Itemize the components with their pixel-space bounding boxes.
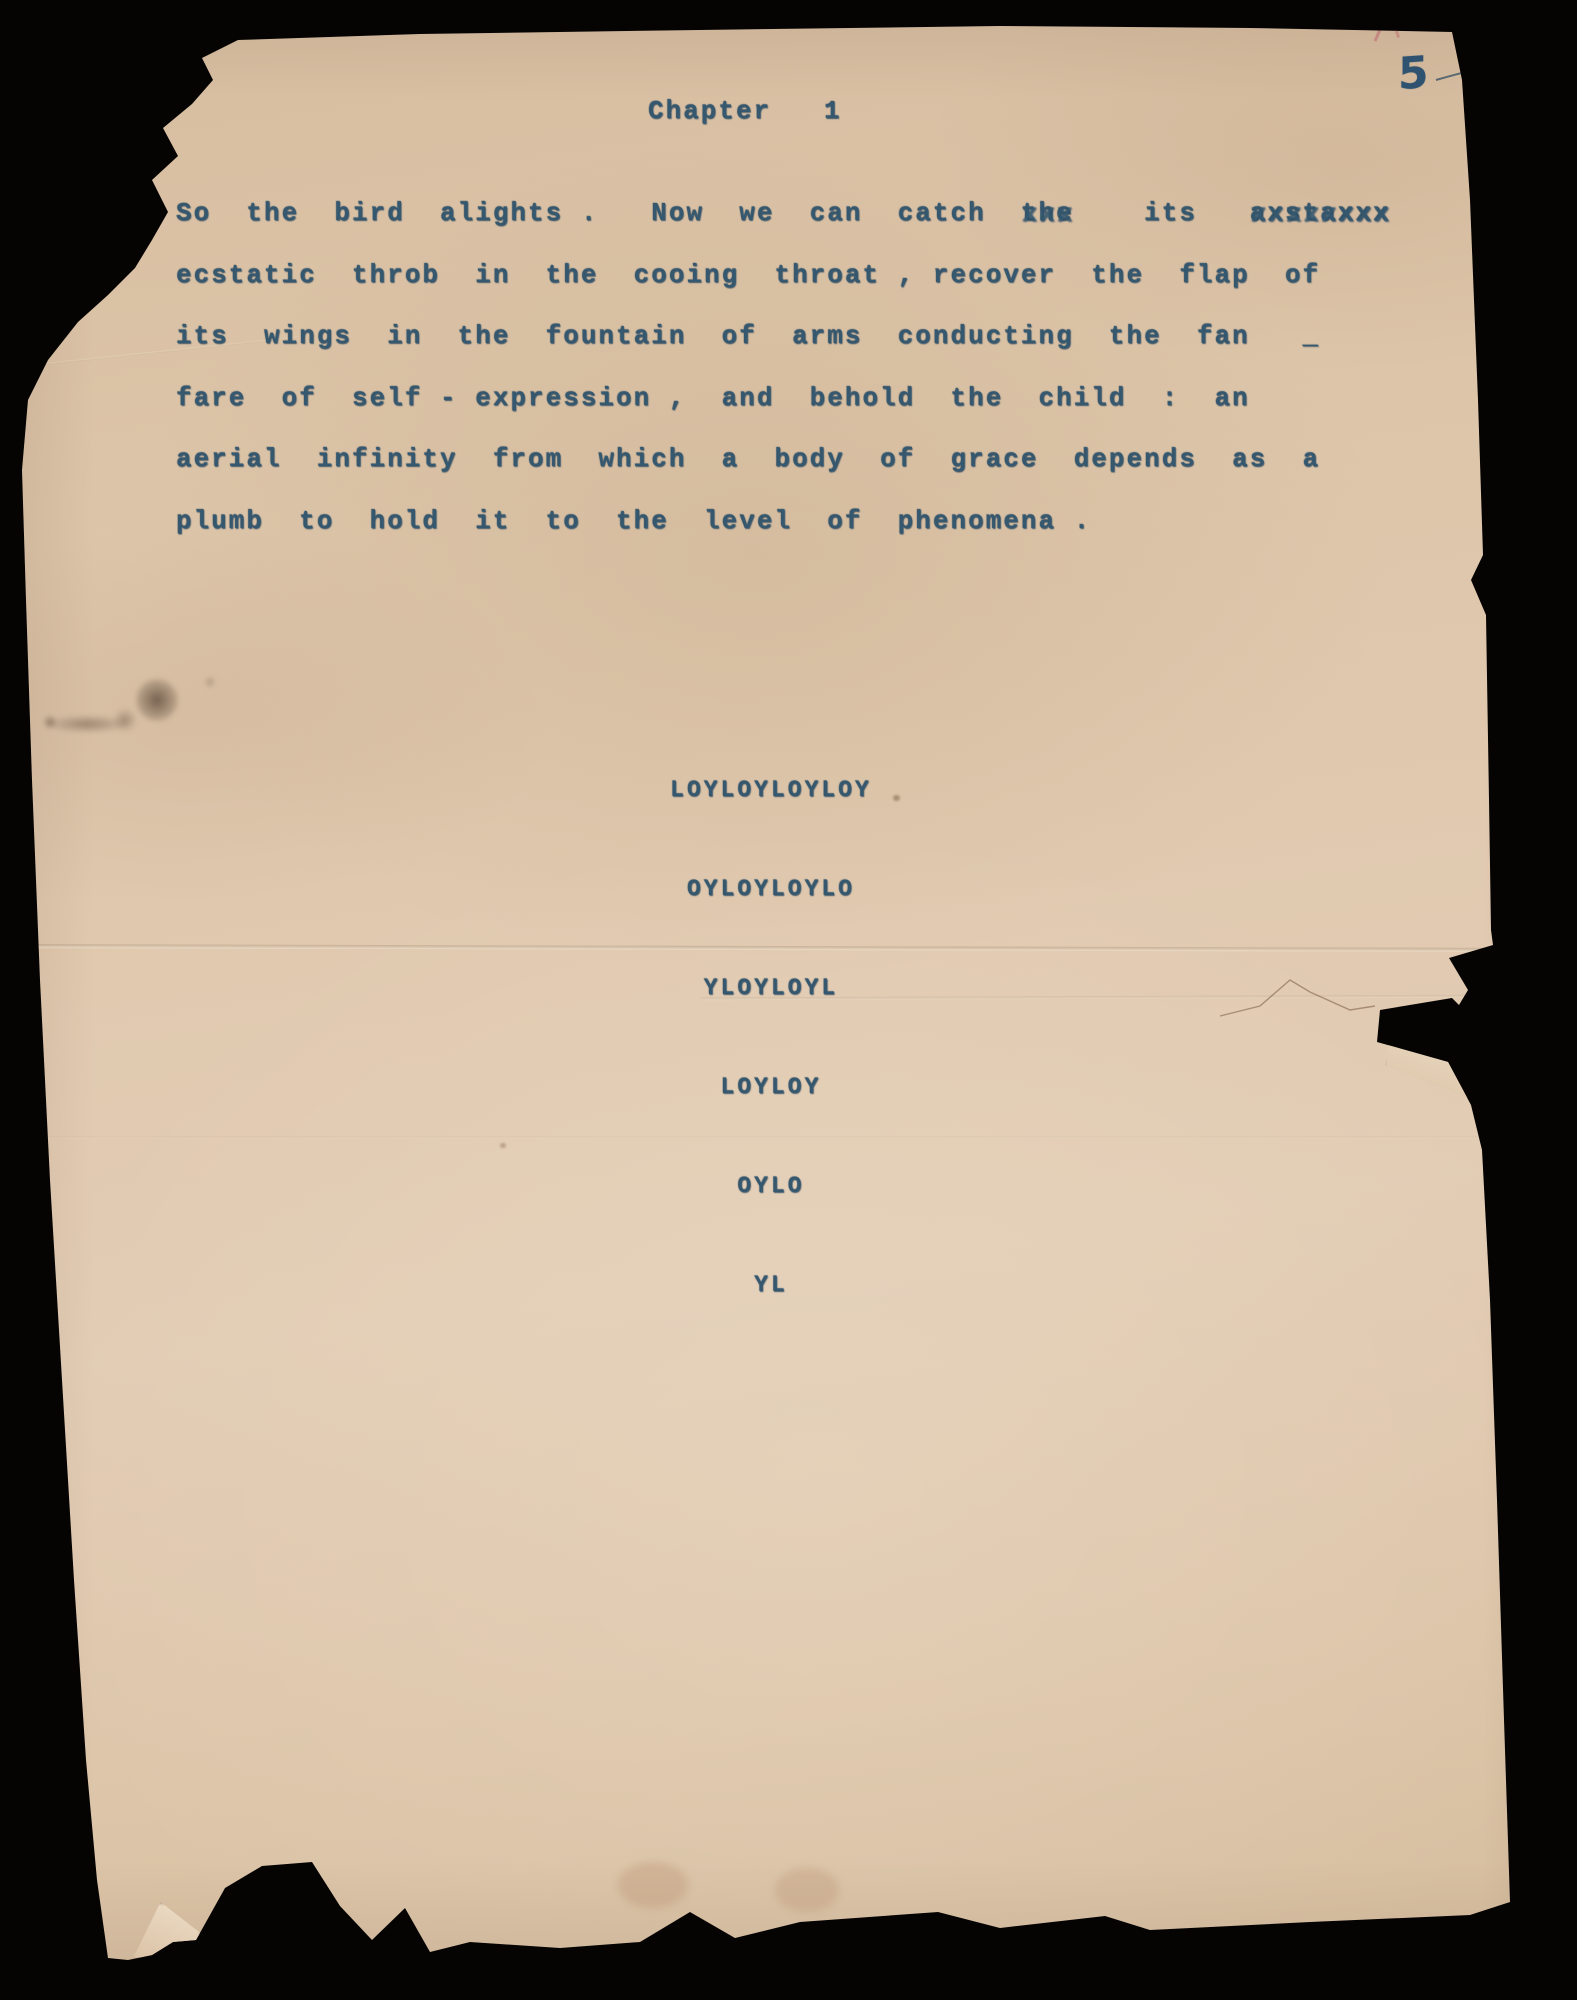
scanned-manuscript-page: 5 Chapter 1 So the bird alights . Now we… bbox=[0, 0, 1577, 2000]
paragraph-line: fare of self - expression , and behold t… bbox=[176, 383, 1250, 414]
concrete-poem-triangle: LOYLOYLOYLOY OYLOYLOYLO YLOYLOYL LOYLOY … bbox=[571, 708, 971, 1368]
paragraph-line: aerial infinity from which a body of gra… bbox=[176, 444, 1320, 475]
poem-line: YLOYLOYL bbox=[571, 972, 971, 1005]
paragraph-line: ecstatic throb in the cooing throat , re… bbox=[176, 260, 1320, 291]
tear-crack-lines bbox=[1200, 958, 1500, 1088]
poem-line: LOYLOY bbox=[571, 1071, 971, 1104]
vertical-crease bbox=[0, 0, 2, 92]
chapter-heading: Chapter 1 bbox=[648, 96, 842, 126]
poem-line: YL bbox=[571, 1269, 971, 1302]
paper-speck bbox=[500, 1143, 506, 1148]
overtyped-x-marks: xxxxxxxx bbox=[1251, 199, 1392, 230]
struck-out-word: axstaxxxxxxxxxxx bbox=[1250, 198, 1391, 229]
poem-line: LOYLOYLOYLOY bbox=[571, 774, 971, 807]
discoloration-blotch bbox=[618, 1862, 688, 1908]
paragraph-line: So the bird alights . Now we can catch t… bbox=[176, 198, 1391, 229]
pen-dash-stroke bbox=[1420, 46, 1560, 92]
diagonal-crease bbox=[0, 101, 51, 343]
line1-text: So the bird alights . Now we can catch bbox=[176, 198, 1021, 228]
paragraph-line: plumb to hold it to the level of phenome… bbox=[176, 506, 1091, 537]
paper-sheet: 5 Chapter 1 So the bird alights . Now we… bbox=[0, 0, 1577, 2000]
discoloration-blotch bbox=[775, 1868, 839, 1912]
line1-text: its bbox=[1074, 198, 1250, 228]
overtyped-x-marks: xxx bbox=[1022, 199, 1075, 230]
struck-out-word: thexxx bbox=[1021, 198, 1074, 229]
ink-stain bbox=[25, 652, 255, 774]
poem-line: OYLOYLOYLO bbox=[571, 873, 971, 906]
poem-line: OYLO bbox=[571, 1170, 971, 1203]
paragraph-line: its wings in the fountain of arms conduc… bbox=[176, 321, 1320, 352]
